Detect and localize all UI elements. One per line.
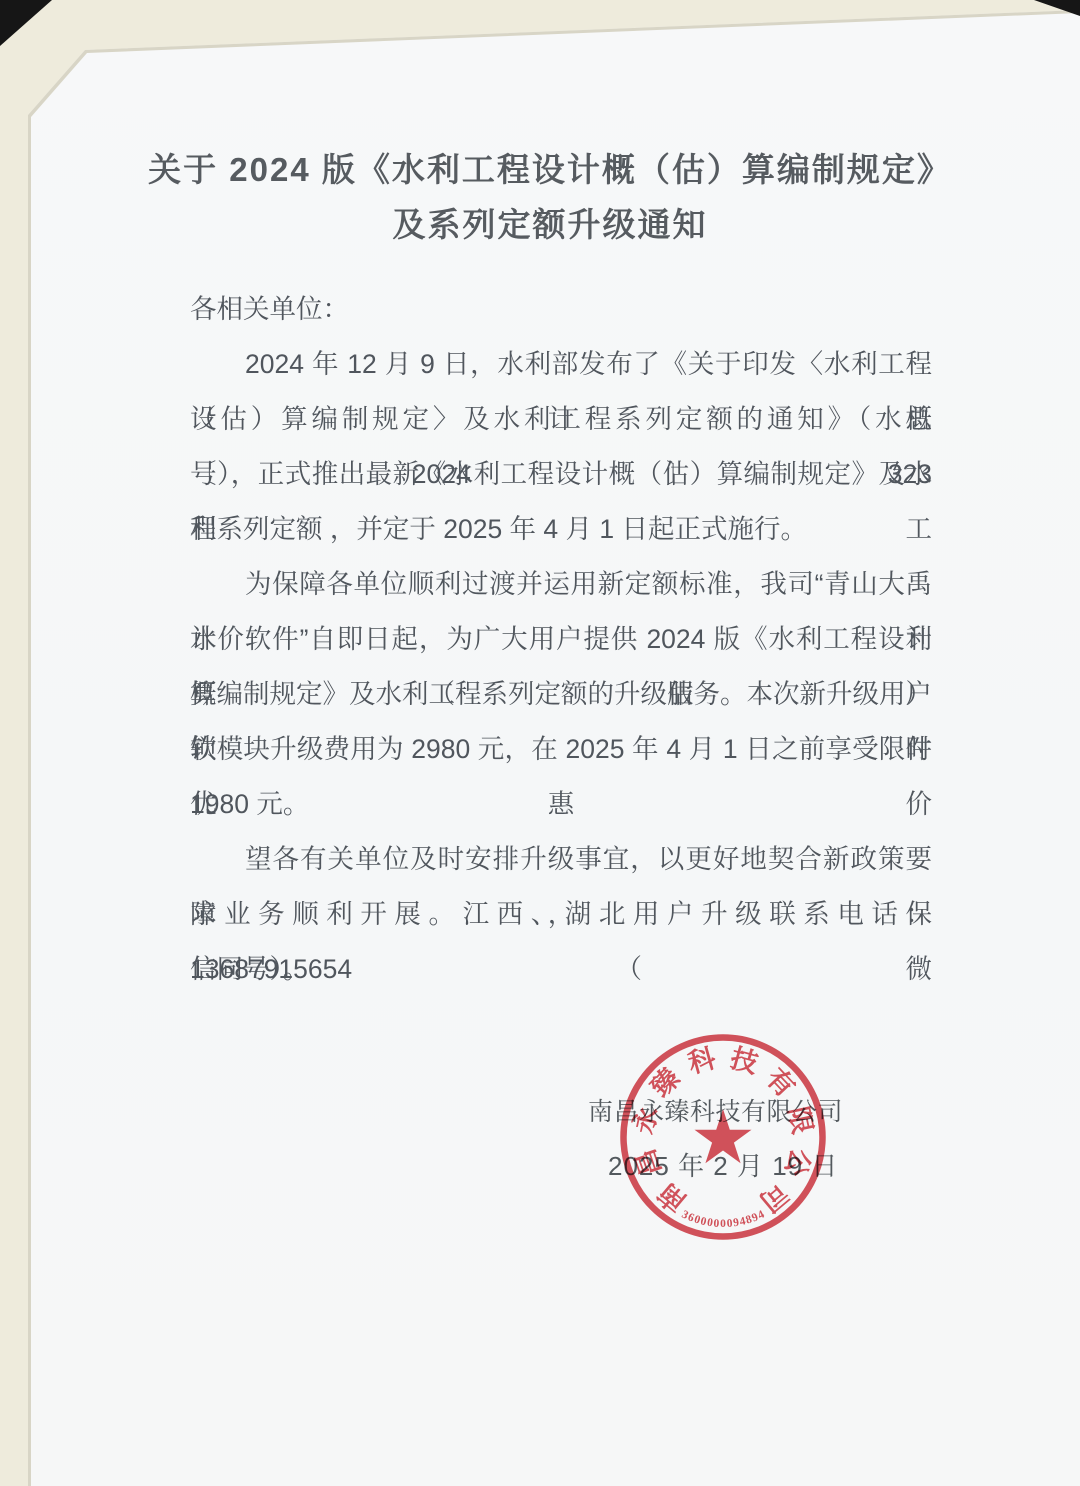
company-seal-stamp: 南昌永臻科技有限公司 3600000094894 — [613, 1027, 833, 1247]
svg-text:限: 限 — [783, 1104, 818, 1137]
svg-text:昌: 昌 — [630, 1145, 667, 1180]
document-title-line1: 关于 2024 版《水利工程设计概（估）算编制规定》 — [10, 142, 1080, 197]
stamp-code-number: 3600000094894 — [680, 1208, 767, 1230]
body-line: 算编制规定》及水利工程系列定额的升级服务。本次新升级用户软件 — [190, 667, 932, 722]
document-title-line2: 及系列定额升级通知 — [10, 197, 1080, 252]
document-body: 各相关单位：2024 年 12 月 9 日，水利部发布了《关于印发〈水利工程设计… — [190, 282, 932, 997]
svg-text:永: 永 — [628, 1104, 663, 1137]
body-line: 计价软件”自即日起，为广大用户提供 2024 版《水利工程设计概（估） — [190, 612, 932, 667]
document-title: 关于 2024 版《水利工程设计概（估）算编制规定》 及系列定额升级通知 — [10, 142, 1080, 252]
body-line: 2024 年 12 月 9 日，水利部发布了《关于印发〈水利工程设计概 — [190, 337, 932, 392]
body-line: 为保障各单位顺利过渡并运用新定额标准，我司“青山大禹水利 — [190, 557, 932, 612]
svg-text:公: 公 — [779, 1145, 816, 1180]
svg-text:技: 技 — [727, 1043, 761, 1079]
stamp-star-icon — [695, 1109, 752, 1163]
svg-text:0: 0 — [713, 1218, 720, 1230]
scanned-document-page: 关于 2024 版《水利工程设计概（估）算编制规定》 及系列定额升级通知 各相关… — [0, 0, 1080, 1486]
body-line: 障业务顺利开展。江西、湖北用户升级联系电话：13687915654（微 — [190, 887, 932, 942]
svg-text:0: 0 — [720, 1218, 726, 1230]
body-line: 各相关单位： — [190, 282, 932, 337]
body-line: 望各有关单位及时安排升级事宜，以更好地契合新政策要求，保 — [190, 832, 932, 887]
svg-text:科: 科 — [685, 1043, 719, 1079]
body-line: （估）算编制规定〉及水利工程系列定额的通知》（水总〔2024〕323 — [190, 392, 932, 447]
body-line: 号），正式推出最新《水利工程设计概（估）算编制规定》及水利工 — [190, 447, 932, 502]
body-line: 锁模块升级费用为 2980 元，在 2025 年 4 月 1 日之前享受限时优惠… — [190, 722, 932, 777]
